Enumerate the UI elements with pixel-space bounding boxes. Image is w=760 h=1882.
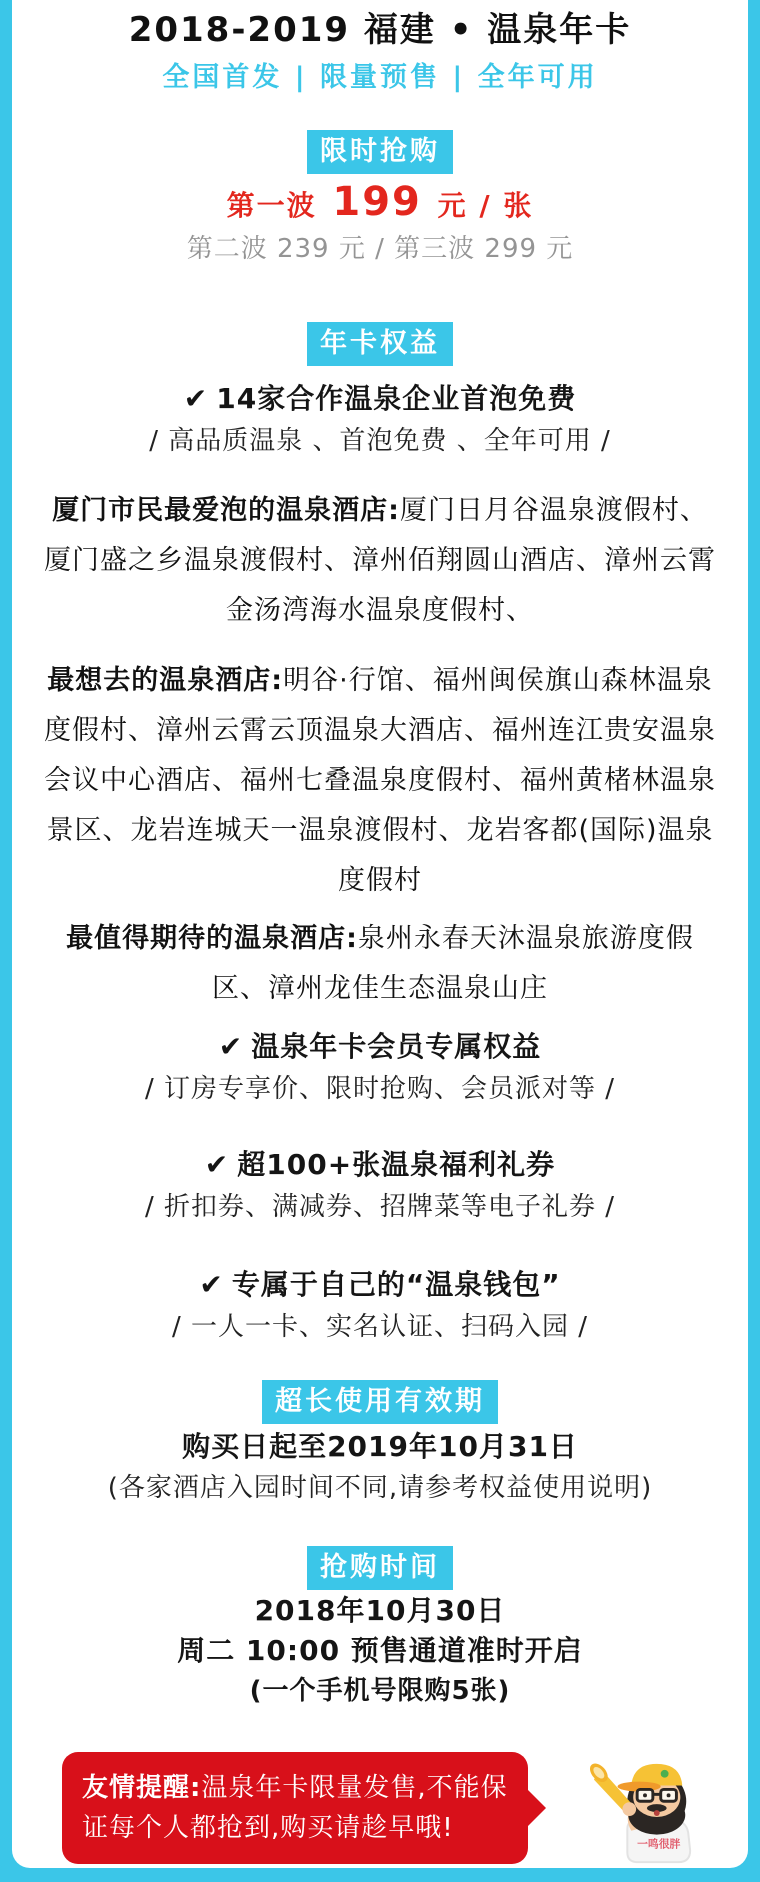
benefit-title: ✔温泉年卡会员专属权益 <box>40 1030 720 1064</box>
mascot-icon: 一鸣很胖 <box>586 1760 704 1868</box>
benefit-desc: / 折扣券、满减券、招牌菜等电子礼券 / <box>40 1190 720 1224</box>
flash-sale-badge: 限时抢购 <box>307 130 453 174</box>
mascot-illustration: 一鸣很胖 <box>586 1760 704 1868</box>
first-wave-amount: 199 <box>328 179 426 225</box>
check-icon: ✔ <box>205 1148 229 1181</box>
benefit-title-text: 温泉年卡会员专属权益 <box>251 1030 541 1063</box>
hotel-paragraph-label: 最想去的温泉酒店: <box>47 665 283 696</box>
benefit-title-text: 专属于自己的“温泉钱包” <box>232 1268 561 1301</box>
notice-box: 友情提醒:温泉年卡限量发售,不能保证每个人都抢到,购买请趁早哦! <box>62 1752 528 1864</box>
benefits-badge: 年卡权益 <box>307 322 453 366</box>
sale-date: 2018年10月30日 <box>40 1594 720 1628</box>
first-wave-unit: 元 / 张 <box>438 189 534 222</box>
hotel-paragraph: 最想去的温泉酒店:明谷·行馆、福州闽侯旗山森林温泉度假村、漳州云霄云顶温泉大酒店… <box>40 656 720 906</box>
hotel-paragraph-label: 厦门市民最爱泡的温泉酒店: <box>52 495 400 526</box>
first-wave-price-line: 第一波 199 元 / 张 <box>40 178 720 230</box>
validity-note: (各家酒店入园时间不同,请参考权益使用说明) <box>40 1470 720 1506</box>
check-icon: ✔ <box>184 382 208 415</box>
benefit-title: ✔专属于自己的“温泉钱包” <box>40 1268 720 1302</box>
benefit-title-text: 超100+张温泉福利礼券 <box>237 1148 555 1181</box>
hotel-paragraph: 最值得期待的温泉酒店:泉州永春天沐温泉旅游度假区、漳州龙佳生态温泉山庄 <box>40 914 720 1014</box>
later-waves-price: 第二波 239 元 / 第三波 299 元 <box>40 232 720 266</box>
notice-label: 友情提醒: <box>82 1773 201 1803</box>
check-icon: ✔ <box>199 1268 223 1301</box>
validity-period: 购买日起至2019年10月31日 <box>40 1430 720 1464</box>
hotel-paragraph-label: 最值得期待的温泉酒店: <box>66 923 358 954</box>
first-wave-label: 第一波 <box>227 189 317 222</box>
page-title: 2018-2019 福建 • 温泉年卡 <box>40 8 720 52</box>
benefit-title-text: 14家合作温泉企业首泡免费 <box>216 382 576 415</box>
benefit-title: ✔14家合作温泉企业首泡免费 <box>40 382 720 416</box>
benefit-title: ✔超100+张温泉福利礼券 <box>40 1148 720 1182</box>
sale-time-badge: 抢购时间 <box>307 1546 453 1590</box>
content-card: 2018-2019 福建 • 温泉年卡 全国首发 | 限量预售 | 全年可用 限… <box>12 0 748 1868</box>
notice-section: 友情提醒:温泉年卡限量发售,不能保证每个人都抢到,购买请趁早哦! <box>40 1752 720 1868</box>
benefit-desc: / 订房专享价、限时抢购、会员派对等 / <box>40 1072 720 1106</box>
check-icon: ✔ <box>219 1030 243 1063</box>
hotel-paragraph-text: 明谷·行馆、福州闽侯旗山森林温泉度假村、漳州云霄云顶温泉大酒店、福州连江贵安温泉… <box>44 665 716 896</box>
benefit-desc: / 一人一卡、实名认证、扫码入园 / <box>40 1310 720 1344</box>
mascot-shirt-text: 一鸣很胖 <box>637 1836 680 1850</box>
validity-badge: 超长使用有效期 <box>262 1380 498 1424</box>
page-frame: 2018-2019 福建 • 温泉年卡 全国首发 | 限量预售 | 全年可用 限… <box>0 0 760 1882</box>
benefit-desc: / 高品质温泉 、首泡免费 、全年可用 / <box>40 424 720 458</box>
hotel-paragraph: 厦门市民最爱泡的温泉酒店:厦门日月谷温泉渡假村、厦门盛之乡温泉渡假村、漳州佰翔圆… <box>40 486 720 636</box>
sale-open-time: 周二 10:00 预售通道准时开启 <box>40 1634 720 1668</box>
page-subtitle: 全国首发 | 限量预售 | 全年可用 <box>40 60 720 96</box>
speech-bubble-tail <box>526 1788 546 1828</box>
sale-purchase-limit: (一个手机号限购5张) <box>40 1674 720 1708</box>
